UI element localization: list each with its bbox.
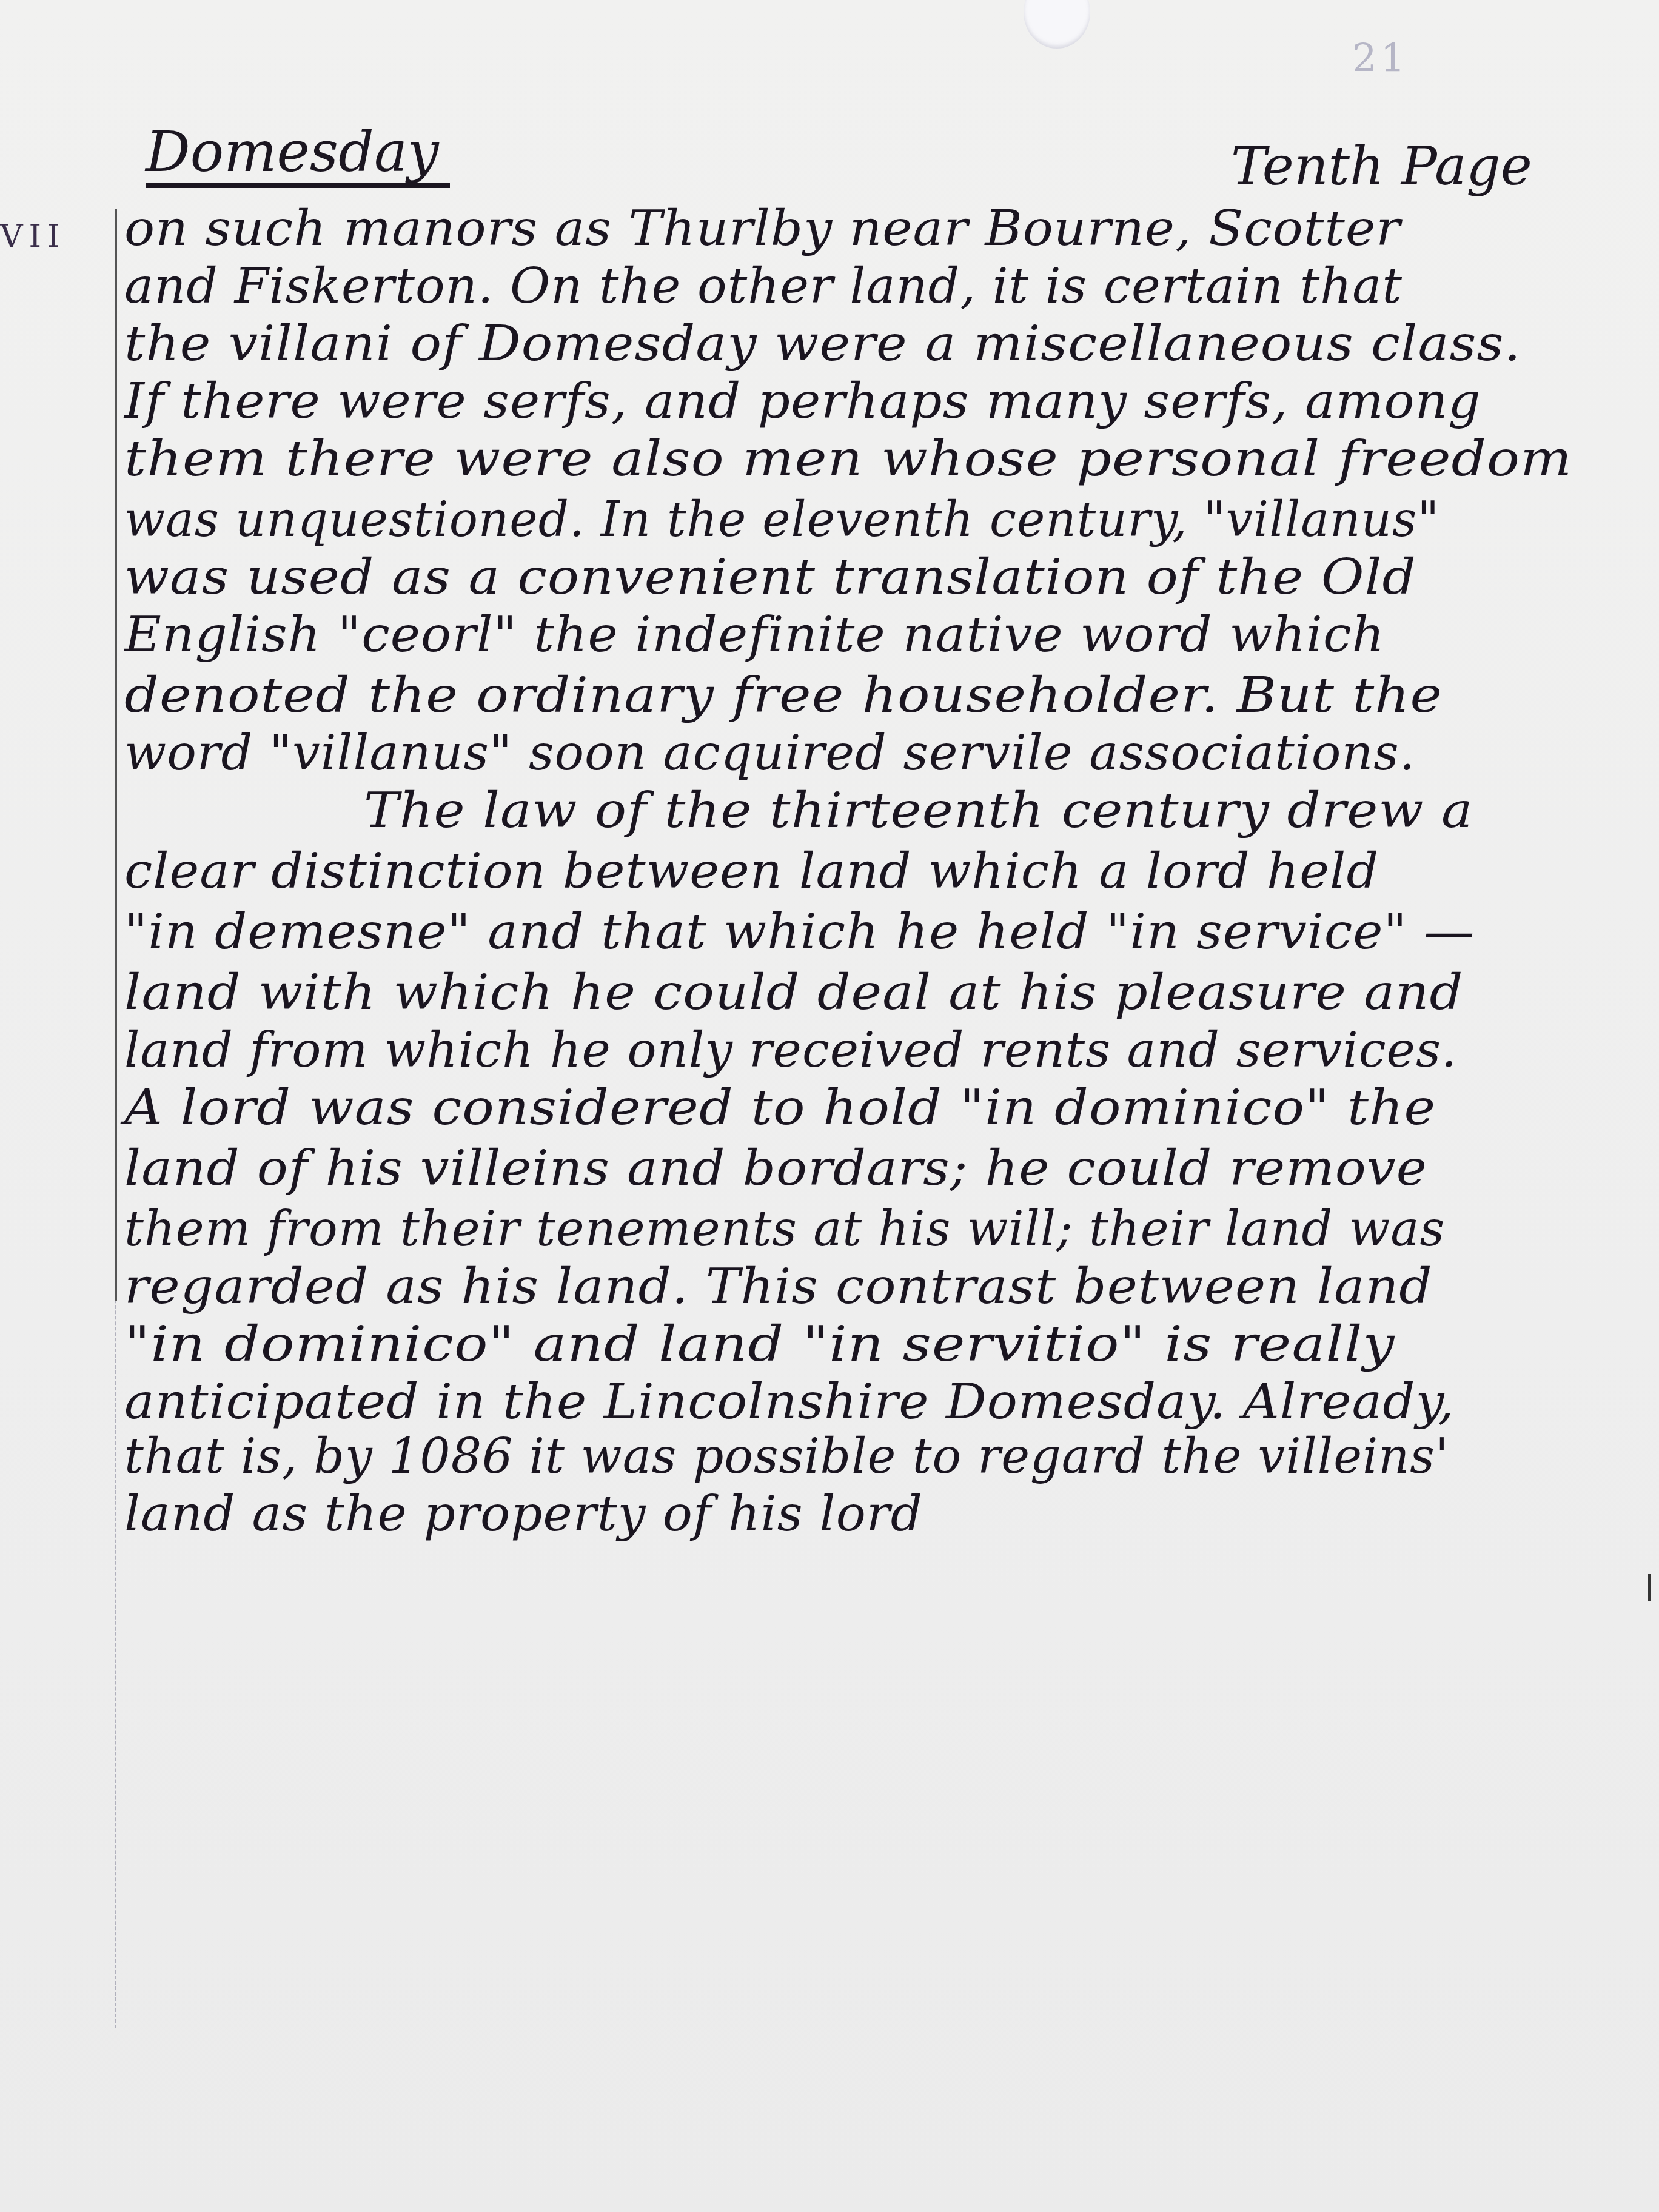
text-line: anticipated in the Lincolnshire Domesday… <box>124 1373 1455 1430</box>
text-line: If there were serfs, and perhaps many se… <box>124 373 1481 429</box>
text-line: that is, by 1086 it was possible to rega… <box>124 1428 1449 1484</box>
text-line: and Fiskerton. On the other land, it is … <box>124 258 1403 314</box>
text-line: them from their tenements at his will; t… <box>124 1201 1445 1257</box>
text-line: regarded as his land. This contrast betw… <box>124 1258 1433 1315</box>
handwritten-page: 21 VII Domesday Tenth Page on such manor… <box>0 0 1659 2212</box>
text-line: the villani of Domesday were a miscellan… <box>124 315 1521 372</box>
text-line: "in dominico" and land "in servitio" is … <box>124 1316 1395 1372</box>
text-line: land from which he only received rents a… <box>124 1022 1457 1078</box>
margin-mark: VII <box>0 218 66 255</box>
text-line: was used as a convenient translation of … <box>124 549 1416 605</box>
text-line-indented: The law of the thirteenth century drew a <box>364 782 1473 839</box>
text-line: land with which he could deal at his ple… <box>124 964 1463 1021</box>
text-line: land as the property of his lord <box>124 1486 923 1542</box>
margin-rule-ink <box>115 209 117 1301</box>
text-line: them there were also men whose personal … <box>124 431 1572 487</box>
text-line: was unquestioned. In the eleventh centur… <box>124 491 1439 548</box>
punch-hole <box>1024 0 1090 49</box>
text-line: A lord was considered to hold "in domini… <box>124 1079 1436 1136</box>
page-heading: Domesday <box>146 121 450 188</box>
right-margin-tick <box>1648 1574 1651 1601</box>
text-line: on such manors as Thurlby near Bourne, S… <box>124 200 1401 256</box>
text-line: clear distinction between land which a l… <box>124 843 1379 899</box>
text-line: word "villanus" soon acquired servile as… <box>124 725 1416 781</box>
text-line: "in demesne" and that which he held "in … <box>124 903 1475 960</box>
page-label: Tenth Page <box>1231 135 1532 197</box>
text-line: English "ceorl" the indefinite native wo… <box>124 606 1385 663</box>
page-number: 21 <box>1352 36 1409 81</box>
text-line: land of his villeins and bordars; he cou… <box>124 1140 1427 1196</box>
text-line: denoted the ordinary free householder. B… <box>124 667 1443 723</box>
